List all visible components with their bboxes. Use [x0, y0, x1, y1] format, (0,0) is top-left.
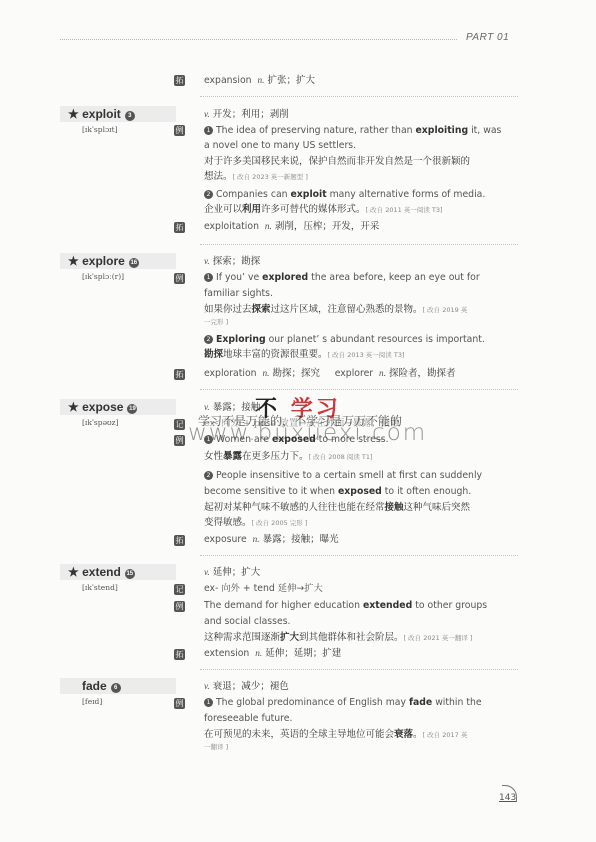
divider — [200, 389, 518, 390]
derive-tag-icon: 拓 — [174, 75, 185, 86]
derive: extension n. 延伸；延期；扩建 — [204, 646, 516, 662]
example-1-cn: 对于许多美国移民来说，保护自然而非开发自然是一个很新颖的 — [204, 154, 516, 169]
frequency-badge: 19 — [127, 404, 137, 414]
star-icon: ★ — [68, 107, 79, 121]
example-1-cn: 女性暴露在更多压力下。[ 改自 2008 阅读 T1] — [204, 449, 516, 465]
headword[interactable]: ★ extend15 — [68, 564, 135, 580]
phonetic: [ɪkˈspəʊz] — [82, 418, 119, 427]
memo-tag-icon: 记 — [174, 419, 185, 430]
example-1-en-cont: familiar sights. — [204, 286, 516, 301]
headword[interactable]: ★ exploit3 — [68, 106, 135, 122]
headword[interactable]: ★ expose19 — [68, 399, 137, 415]
example-1-cn: 这种需求范围逐渐扩大到其他群体和社会阶层。[ 改自 2021 英一翻译 ] — [204, 630, 516, 646]
example-tag-icon: 例 — [174, 435, 185, 446]
phonetic: [feɪd] — [82, 697, 102, 706]
example-2-en: 2Exploring our planet’ s abundant resour… — [204, 332, 516, 347]
phonetic: [ɪkˈstend] — [82, 583, 118, 592]
divider — [200, 96, 518, 97]
example-1-en-cont: foreseeable future. — [204, 711, 516, 726]
derive-tag-icon: 拓 — [174, 649, 185, 660]
derive: exploitation n. 剥削，压榨；开发，开采 — [204, 219, 516, 235]
star-icon: ★ — [68, 254, 79, 268]
example-1-cn-cont: 想法。[ 改自 2023 英一新题型 ] — [204, 169, 516, 185]
phonetic: [ɪkˈsplɔɪt] — [82, 125, 118, 134]
headword[interactable]: ★ explore16 — [68, 253, 139, 269]
example-2-cn: 勘探地球丰富的资源很重要。[ 改自 2013 英一阅读 T3] — [204, 347, 516, 363]
header-rule — [60, 39, 457, 40]
page-number: 143 — [499, 793, 516, 803]
example-tag-icon: 例 — [174, 273, 185, 284]
example-2-en: 2People insensitive to a certain smell a… — [204, 468, 516, 483]
divider — [200, 669, 518, 670]
frequency-badge: 16 — [129, 258, 139, 268]
example-2-cn: 起初对某种气味不敏感的人往往也能在经常接触这种气味后突然 — [204, 500, 516, 515]
example-1-source-cont: 一翻译 ] — [204, 740, 516, 755]
headword[interactable]: fade6 — [82, 678, 121, 694]
example-2-en: 2Companies can exploit many alternative … — [204, 187, 516, 202]
frequency-badge: 3 — [125, 111, 135, 121]
frequency-badge: 6 — [111, 683, 121, 693]
example-1-source-cont: 一完形 ] — [204, 315, 516, 330]
derive-tag-icon: 拓 — [174, 535, 185, 546]
memo-tag-icon: 记 — [174, 584, 185, 595]
definition: v. 延伸；扩大 — [204, 565, 516, 581]
example-1-en-cont: a novel one to many US settlers. — [204, 138, 516, 153]
example-tag-icon: 例 — [174, 125, 185, 136]
definition: v. 衰退；减少；褪色 — [204, 679, 516, 695]
example-2-cn-cont: 变得敏感。[ 改自 2005 完形 ] — [204, 515, 516, 531]
derive-tag-icon: 拓 — [174, 369, 185, 380]
frequency-badge: 15 — [125, 569, 135, 579]
memo: ex- 向外 + tend 延伸→扩大 — [204, 581, 516, 596]
phonetic: [ɪkˈsplɔː(r)] — [82, 272, 124, 281]
star-icon: ★ — [68, 400, 79, 414]
example-1-en: The demand for higher education extended… — [204, 598, 516, 613]
example-tag-icon: 例 — [174, 698, 185, 709]
star-icon: ★ — [68, 565, 79, 579]
derive: exploration n. 勘探；探究 explorer n. 探险者，勘探者 — [204, 366, 516, 382]
definition: v. 探索；勘探 — [204, 254, 516, 270]
derive: exposure n. 暴露；接触；曝光 — [204, 532, 516, 548]
carryover-derive: expansion n. 扩张；扩大 — [204, 73, 516, 89]
divider — [200, 555, 518, 556]
definition: v. 开发；利用；剥削 — [204, 107, 516, 123]
derive-tag-icon: 拓 — [174, 222, 185, 233]
example-1-en: 1The global predominance of English may … — [204, 695, 516, 710]
example-2-cn: 企业可以利用许多可替代的媒体形式。[ 改自 2011 英一阅读 T3] — [204, 202, 516, 218]
part-label: PART 01 — [466, 32, 509, 43]
watermark-url: www.buxuexi.com — [188, 420, 427, 446]
example-1-en-cont: and social classes. — [204, 614, 516, 629]
divider — [200, 244, 518, 245]
example-1-en: 1The idea of preserving nature, rather t… — [204, 123, 516, 138]
example-2-en-cont: become sensitive to it when exposed to i… — [204, 484, 516, 499]
example-tag-icon: 例 — [174, 601, 185, 612]
example-1-en: 1If you’ ve explored the area before, ke… — [204, 270, 516, 285]
